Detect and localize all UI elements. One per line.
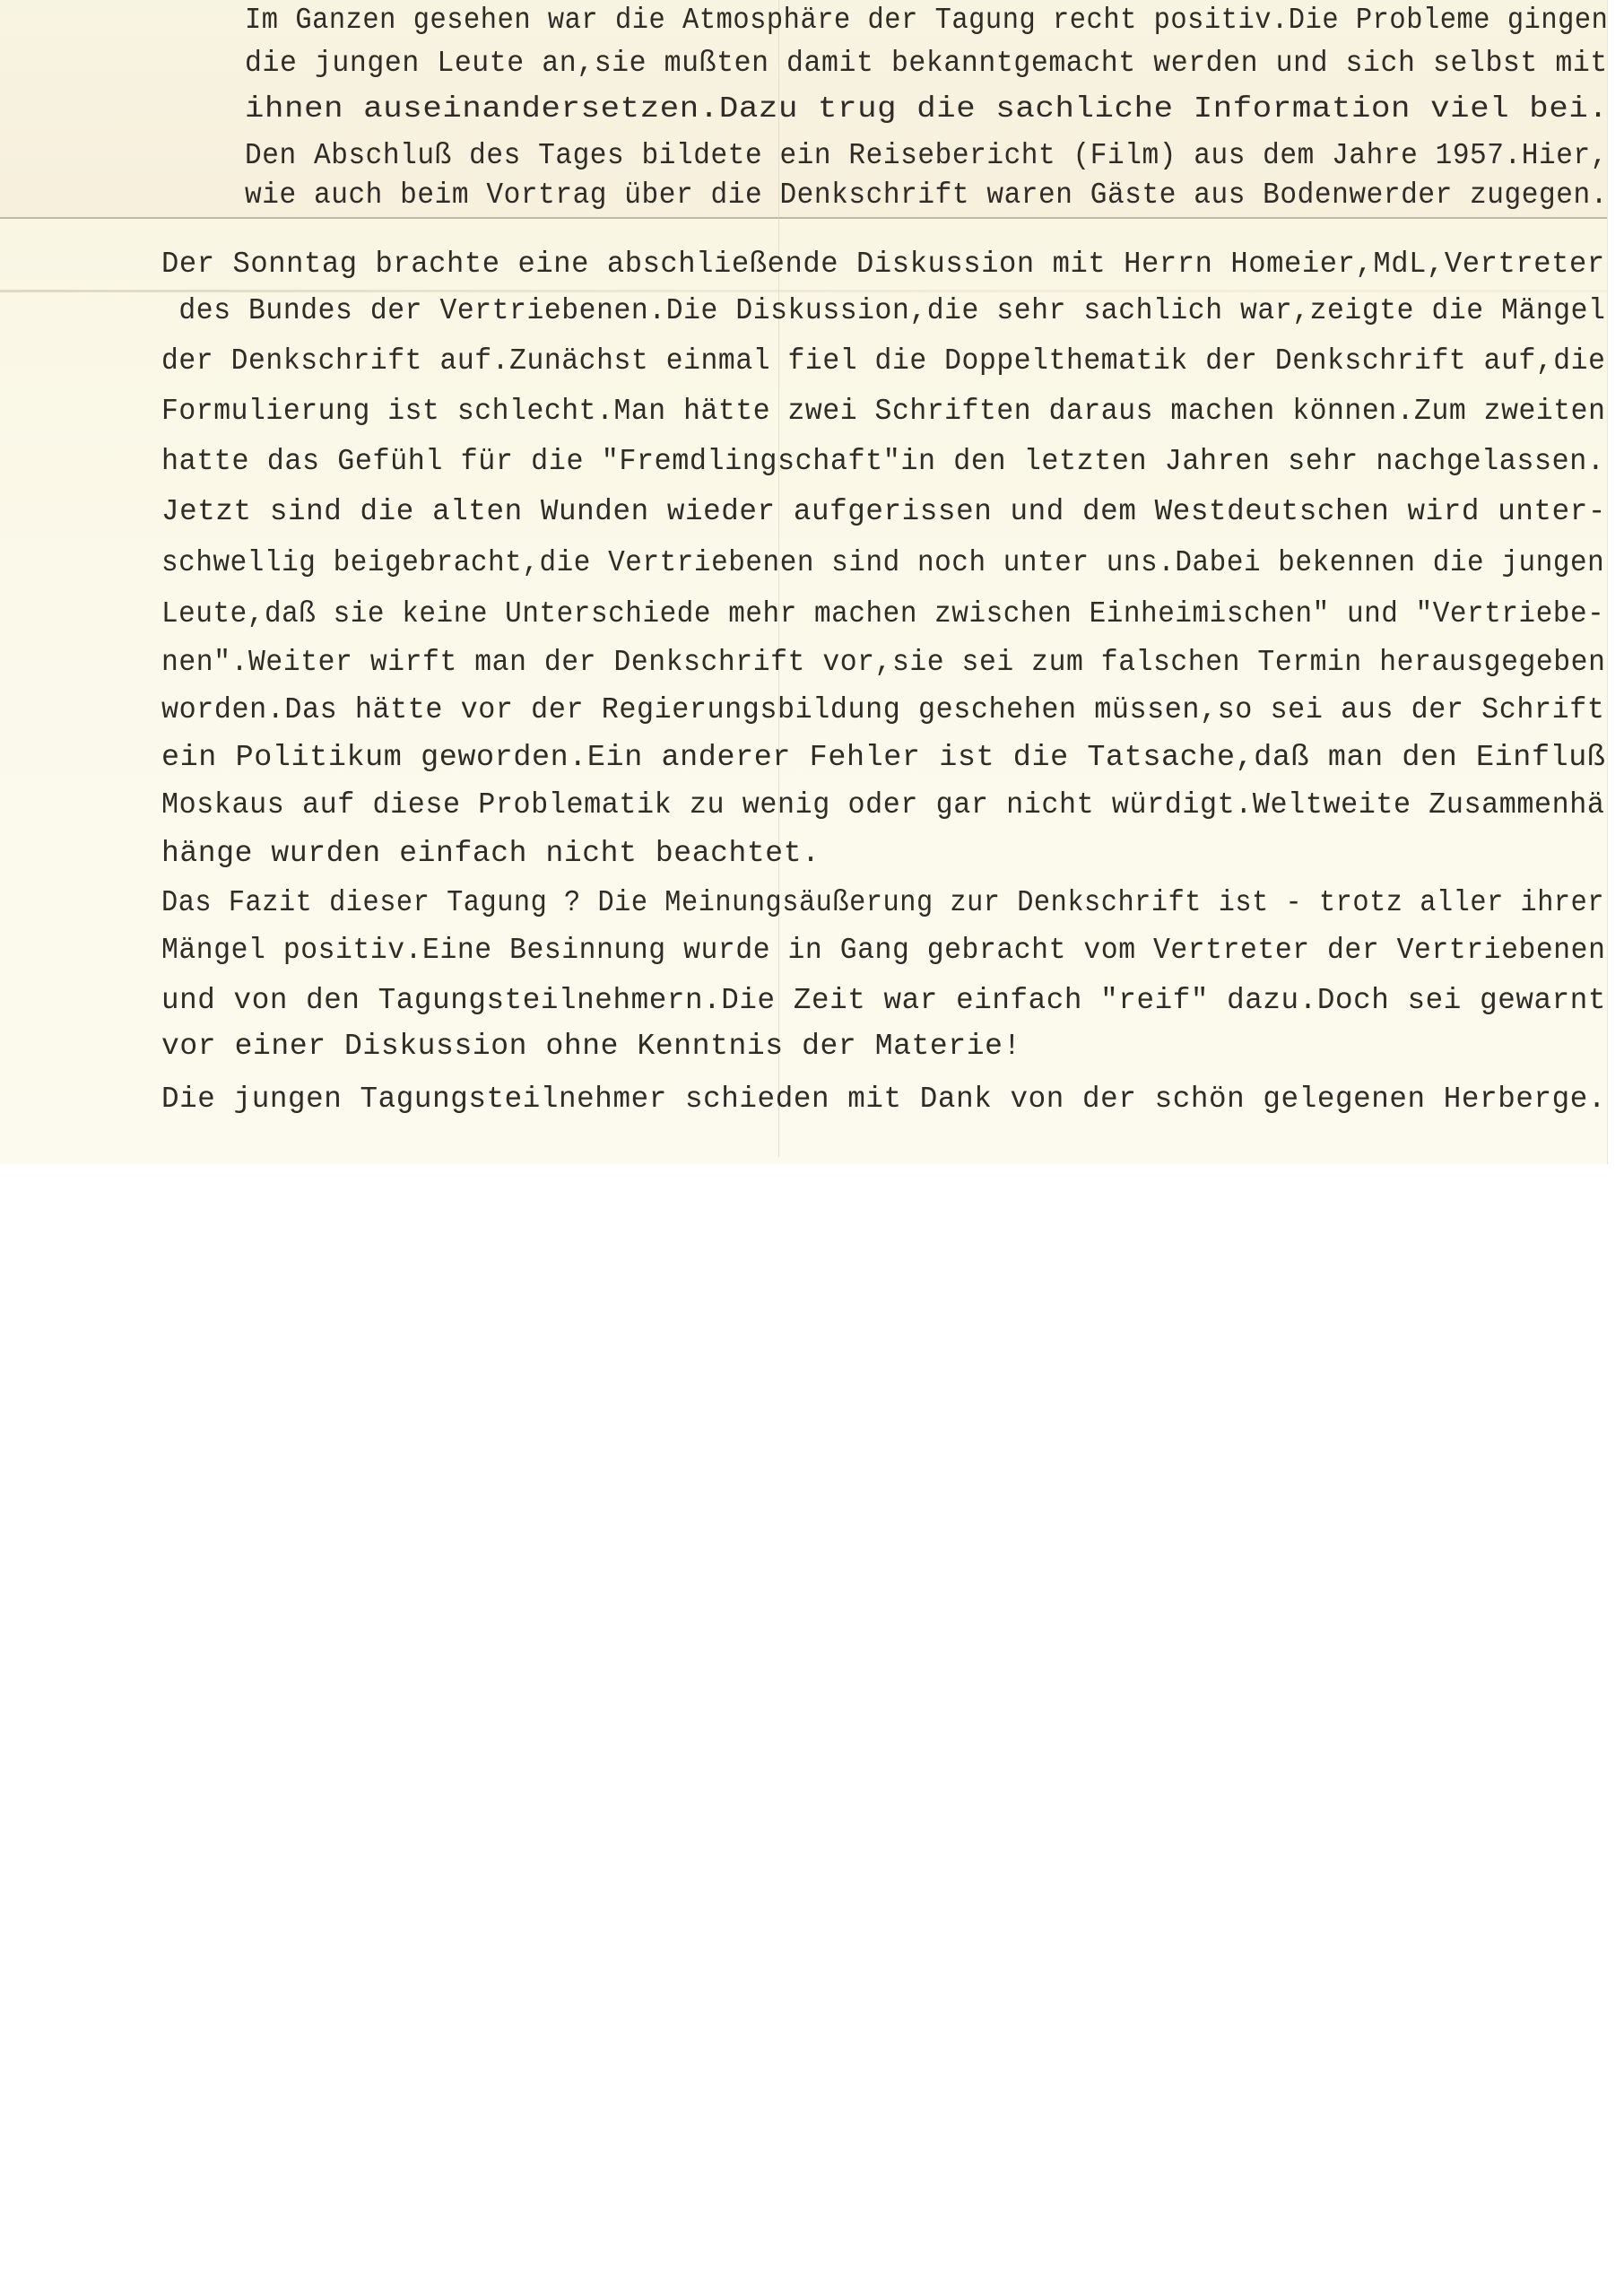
text-line: der Denkschrift auf.Zunächst einmal fiel… [161,344,1605,378]
text-line: Leute,daß sie keine Unterschiede mehr ma… [161,597,1604,631]
text-line: hänge wurden einfach nicht beachtet. [161,837,821,870]
text-line: Die jungen Tagungsteilnehmer schieden mi… [161,1083,1606,1116]
text-line: hatte das Gefühl für die "Fremdlingschaf… [161,445,1605,478]
text-line: des Bundes der Vertriebenen.Die Diskussi… [161,294,1605,327]
fold-line [0,217,1607,219]
typewritten-page: Im Ganzen gesehen war die Atmosphäre der… [0,0,1608,1164]
text-line: worden.Das hätte vor der Regierungsbildu… [161,693,1605,726]
text-line: Jetzt sind die alten Wunden wieder aufge… [161,495,1606,528]
text-line: schwellig beigebracht,die Vertriebenen s… [161,546,1604,579]
text-line: Der Sonntag brachte eine abschließende D… [161,248,1605,281]
text-line: ihnen auseinandersetzen.Dazu trug die sa… [245,92,1608,126]
text-line: Formulierung ist schlecht.Man hätte zwei… [161,395,1605,428]
text-line: nen".Weiter wirft man der Denkschrift vo… [161,646,1605,679]
text-line: Das Fazit dieser Tagung ? Die Meinungsäu… [161,886,1604,919]
text-line: wie auch beim Vortrag über die Denkschri… [245,178,1608,212]
text-line: ein Politikum geworden.Ein anderer Fehle… [161,741,1606,774]
text-line: vor einer Diskussion ohne Kenntnis der M… [161,1030,1021,1063]
text-line: Moskaus auf diese Problematik zu wenig o… [161,788,1605,822]
text-line: und von den Tagungsteilnehmern.Die Zeit … [161,984,1606,1017]
text-line: die jungen Leute an,sie mußten damit bek… [245,47,1608,80]
text-line: Mängel positiv.Eine Besinnung wurde in G… [161,934,1605,967]
text-line: Den Abschluß des Tages bildete ein Reise… [245,139,1608,172]
paper-crease [0,290,1607,292]
text-line: Im Ganzen gesehen war die Atmosphäre der… [245,4,1608,37]
